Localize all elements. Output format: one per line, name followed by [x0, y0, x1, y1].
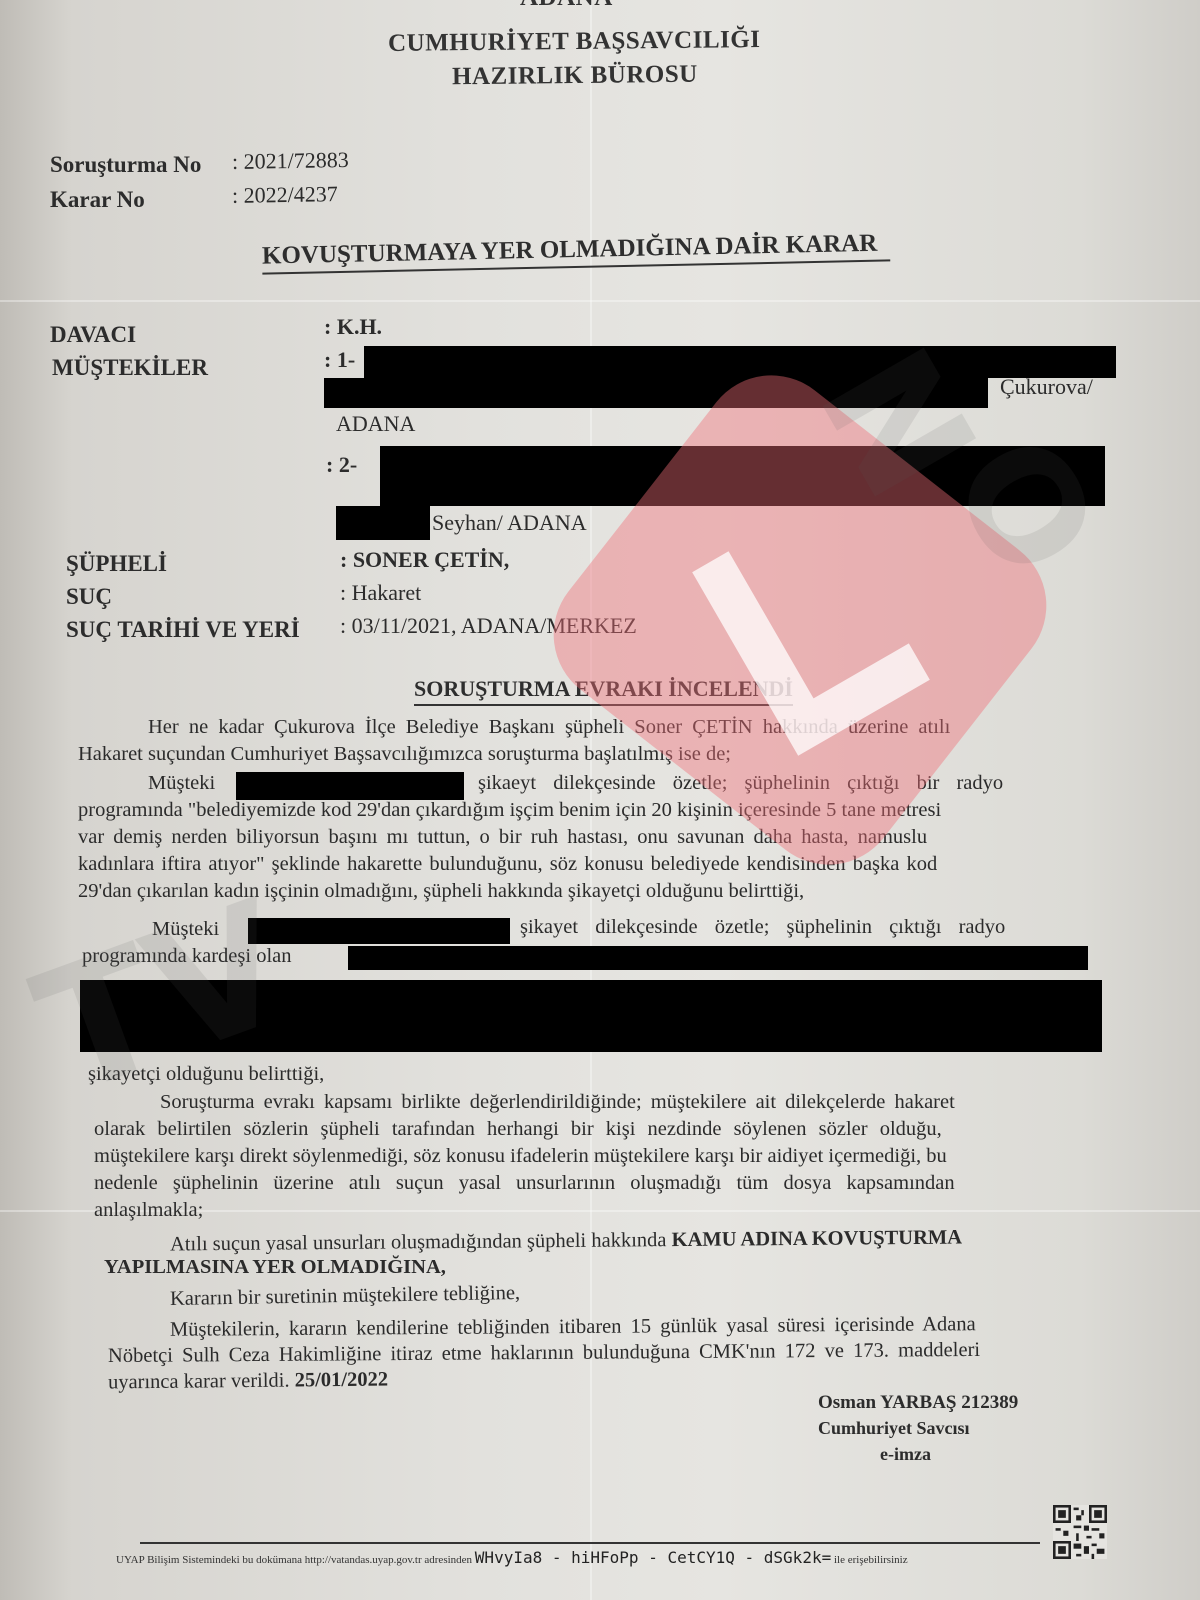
paragraph-1-line-2: Hakaret suçundan Cumhuriyet Başsavcılığı…	[78, 743, 731, 766]
signature-method: e-imza	[880, 1444, 931, 1465]
paragraph-4-line-3: müştekilere karşı direkt söylenmediği, s…	[94, 1145, 947, 1168]
paragraph-4-line-5: anlaşılmakla;	[94, 1199, 203, 1222]
paragraph-6-line-1: Kararın bir suretinin müştekilere tebliğ…	[170, 1282, 520, 1311]
footer-text: UYAP Bilişim Sistemindeki bu dokümana ht…	[116, 1554, 472, 1566]
decision-text: uyarınca karar verildi.	[108, 1370, 295, 1394]
redacted-complainant-2-name	[380, 446, 1105, 506]
redacted-statement	[348, 946, 1088, 970]
crime-date-place-value: : 03/11/2021, ADANA/MERKEZ	[340, 613, 637, 639]
paragraph-3-line-1b: şikayet dilekçesinde özetle; şüphelinin …	[520, 916, 1005, 939]
document-page: ADANA CUMHURİYET BAŞSAVCILIĞI HAZIRLIK B…	[0, 0, 1200, 1600]
header-office: CUMHURİYET BAŞSAVCILIĞI	[388, 26, 761, 58]
footer-divider	[140, 1542, 1040, 1544]
footer-verification: UYAP Bilişim Sistemindeki bu dokümana ht…	[116, 1548, 908, 1567]
decision-date: 25/01/2022	[295, 1369, 389, 1392]
complainant-1-district: Çukurova/	[1000, 374, 1093, 400]
paragraph-5-text: Atılı suçun yasal unsurları oluşmadığınd…	[170, 1229, 672, 1255]
paragraph-5-line-2: YAPILMASINA YER OLMADIĞINA,	[104, 1256, 446, 1279]
complainant-1-city: ADANA	[336, 411, 415, 437]
paragraph-4-line-1: Soruşturma evrakı kapsamı birlikte değer…	[160, 1091, 955, 1114]
suspect-value: : SONER ÇETİN,	[340, 547, 509, 573]
decision-no: : 2022/4237	[232, 181, 338, 209]
paper-fold	[0, 300, 1200, 302]
paragraph-3-line-1a: Müşteki	[152, 918, 219, 941]
paragraph-7-line-1: Müştekilerin, kararın kendilerine tebliğ…	[170, 1313, 976, 1342]
complainant-2-prefix: : 2-	[326, 452, 357, 478]
paragraph-2-line-1a: Müşteki	[148, 772, 215, 795]
redacted-complainant-name	[248, 918, 510, 944]
investigation-no-label: Soruşturma No	[50, 152, 201, 178]
complainant-1-prefix: : 1-	[324, 347, 355, 373]
suspect-label: ŞÜPHELİ	[66, 551, 167, 577]
crime-date-place-label: SUÇ TARİHİ VE YERİ	[66, 617, 300, 643]
crime-label: SUÇ	[66, 584, 112, 610]
complainants-label: MÜŞTEKİLER	[52, 355, 208, 381]
paragraph-2-line-4: kadınlara iftira atıyor" şeklinde hakare…	[78, 853, 937, 876]
plaintiff-value: : K.H.	[324, 314, 382, 340]
paragraph-7-line-2: Nöbetçi Sulh Ceza Hakimliğine itiraz etm…	[108, 1339, 980, 1368]
redacted-complainant-name	[236, 772, 464, 800]
qr-code-icon[interactable]	[1053, 1505, 1107, 1559]
paragraph-3-line-2: programında kardeşi olan	[82, 945, 291, 968]
paragraph-2-line-1b: şikaeyt dilekçesinde özetle; şüphelinin …	[478, 772, 1003, 795]
section-title: SORUŞTURMA EVRAKI İNCELENDİ	[414, 676, 793, 706]
plaintiff-label: DAVACI	[50, 322, 136, 348]
footer-suffix: ile erişebilirsiniz	[834, 1554, 908, 1566]
header-city: ADANA	[520, 0, 613, 12]
crime-value: : Hakaret	[340, 580, 421, 606]
paragraph-1-line-1: Her ne kadar Çukurova İlçe Belediye Başk…	[148, 716, 950, 739]
paragraph-4-line-4: nedenle şüphelinin üzerine atılı suçun y…	[94, 1172, 955, 1195]
decision-no-label: Karar No	[50, 187, 145, 213]
prosecutor-title: Cumhuriyet Savcısı	[818, 1418, 970, 1439]
paragraph-7-line-3: uyarınca karar verildi. 25/01/2022	[108, 1369, 388, 1395]
redacted-statement	[80, 980, 1102, 1052]
paragraph-2-line-3: var demiş nerden biliyorsun başını mı tu…	[78, 826, 927, 849]
redacted-complainant-2-address	[336, 506, 430, 540]
prosecutor-name: Osman YARBAŞ 212389	[818, 1392, 1018, 1414]
paragraph-4-line-2: olarak belirtilen sözlerin şüpheli taraf…	[94, 1118, 942, 1141]
document-title: KOVUŞTURMAYA YER OLMADIĞINA DAİR KARAR	[262, 229, 891, 274]
header-bureau: HAZIRLIK BÜROSU	[452, 61, 698, 92]
redacted-complainant-1-address	[324, 378, 988, 408]
complainant-2-city: Seyhan/ ADANA	[432, 510, 587, 536]
verification-code: WHvyIa8 - hiHFoPp - CetCY1Q - dSGk2k=	[475, 1548, 831, 1567]
paragraph-3-line-6: şikayetçi olduğunu belirttiği,	[88, 1063, 324, 1086]
watermark-text: O	[917, 408, 1131, 605]
investigation-no: : 2021/72883	[232, 147, 349, 175]
paragraph-5-bold-text: KAMU ADINA KOVUŞTURMA	[672, 1227, 963, 1252]
paragraph-5-line-1: Atılı suçun yasal unsurları oluşmadığınd…	[170, 1227, 962, 1257]
paragraph-2-line-5: 29'dan çıkarılan kadın işçinin olmadığın…	[78, 880, 804, 903]
paragraph-2-line-2: programında "belediyemizde kod 29'dan çı…	[78, 799, 941, 822]
